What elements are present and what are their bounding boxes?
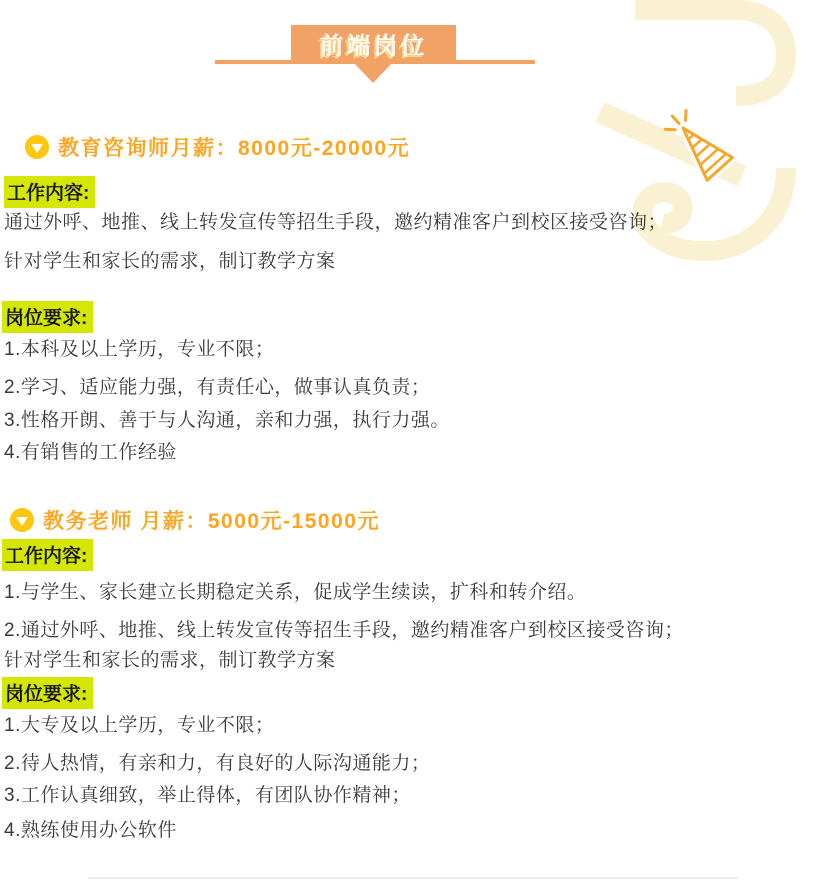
job2-content-line: 2.通过外呼、地推、线上转发宣传等招生手段，邀约精准客户到校区接受咨询； (4, 615, 684, 642)
down-triangle-circle-icon (10, 508, 34, 532)
job2-title-row: 教务老师 月薪：5000元-15000元 (10, 505, 380, 535)
down-triangle-circle-icon (25, 135, 49, 159)
job2-content-line: 针对学生和家长的需求，制订教学方案 (4, 645, 336, 672)
job1-content-label: 工作内容: (4, 176, 95, 208)
job2-content-label: 工作内容: (2, 539, 93, 571)
job2-requirement-item: 2.待人热情，有亲和力，有良好的人际沟通能力； (4, 748, 430, 775)
job1-title: 教育咨询师月薪：8000元-20000元 (58, 132, 410, 162)
job2-requirements-label: 岗位要求: (2, 677, 93, 709)
job1-requirements-label: 岗位要求: (2, 301, 93, 333)
job1-requirement-item: 1.本科及以上学历，专业不限； (4, 334, 274, 361)
job-poster-page: 前端岗位 教育咨询师月薪：8000元-20000元 工作内容: 通过外呼、地推、… (0, 0, 826, 882)
job1-content-line: 针对学生和家长的需求，制订教学方案 (4, 246, 336, 273)
job1-requirement-item: 4.有销售的工作经验 (4, 437, 177, 464)
job1-title-row: 教育咨询师月薪：8000元-20000元 (25, 132, 410, 162)
bottom-divider (88, 877, 738, 879)
job2-requirement-item: 1.大专及以上学历，专业不限； (4, 710, 274, 737)
job2-content-line: 1.与学生、家长建立长期稳定关系，促成学生续读，扩科和转介绍。 (4, 577, 586, 604)
banner-title: 前端岗位 (291, 25, 456, 62)
job2-requirement-item: 4.熟练使用办公软件 (4, 815, 177, 842)
banner-pointer-triangle (354, 63, 392, 83)
job1-requirement-item: 2.学习、适应能力强，有责任心，做事认真负责； (4, 372, 430, 399)
job1-requirement-item: 3.性格开朗、善于与人沟通，亲和力强，执行力强。 (4, 405, 450, 432)
job2-title: 教务老师 月薪：5000元-15000元 (43, 505, 380, 535)
job1-content-line: 通过外呼、地推、线上转发宣传等招生手段，邀约精准客户到校区接受咨询； (4, 207, 667, 234)
job2-requirement-item: 3.工作认真细致，举止得体，有团队协作精神； (4, 780, 411, 807)
